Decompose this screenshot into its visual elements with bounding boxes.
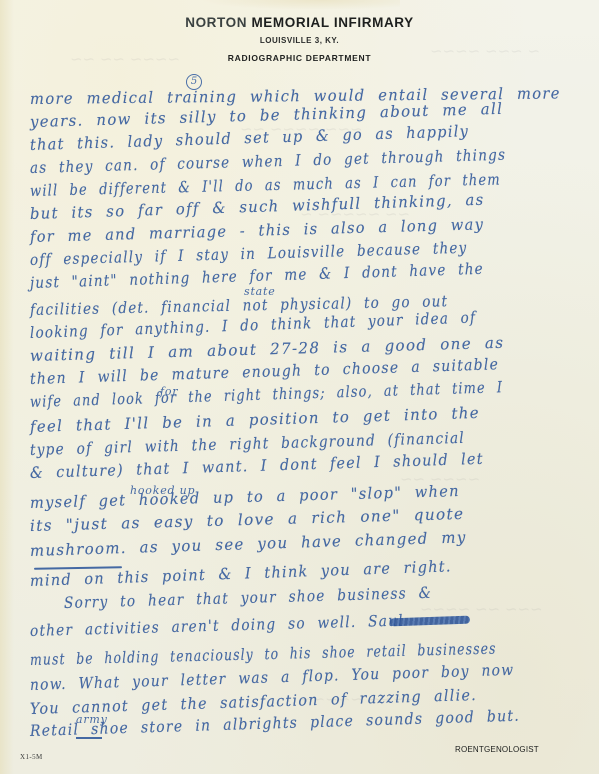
insertion-state: state <box>244 285 276 298</box>
handwritten-line: other activities aren't doing so well. S… <box>30 612 404 640</box>
insertion-army: army <box>76 713 108 726</box>
strike-through <box>76 737 102 739</box>
letter-page: ~ ~~~ ~~~~ ~~~~ ~~ ~~ ~~~ ~~~~ ~~ ~~ ~~~… <box>0 0 599 774</box>
insertion-for: for <box>160 385 178 398</box>
handwritten-body: more medical training which would entail… <box>0 0 599 774</box>
insertion-hooked-up: hooked up <box>130 484 195 497</box>
form-code: X1-5M <box>20 753 43 761</box>
scribbled-out-word <box>390 616 470 627</box>
handwritten-line: Sorry to hear that your shoe business & <box>64 584 432 612</box>
signature-label: ROENTGENOLOGIST <box>455 745 539 754</box>
